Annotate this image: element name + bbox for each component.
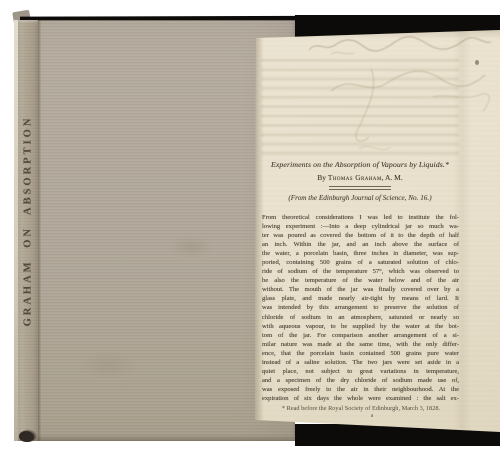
body-line: glass plate, and made nearly air-tight b… bbox=[262, 294, 459, 303]
title-page: Experiments on the Absorption of Vapours… bbox=[255, 29, 500, 432]
body-line: and a specimen of the dry chloride of so… bbox=[262, 376, 459, 385]
printer-signature-mark: a bbox=[367, 413, 377, 419]
body-line: ride of sodium of the temperature 57°, w… bbox=[262, 267, 459, 276]
body-line: was intended by this arrangement to pres… bbox=[262, 303, 459, 312]
book-photo: GRAHAM ON ABSORPTION Experiments on the … bbox=[0, 0, 500, 465]
ink-mark bbox=[475, 60, 479, 65]
spine-hinge-groove bbox=[38, 20, 41, 441]
cover-stain bbox=[78, 350, 138, 380]
body-line: was exposed freely to the air in their n… bbox=[262, 385, 459, 394]
journal-source-line: (From the Edinburgh Journal of Science, … bbox=[261, 194, 459, 202]
body-line: ter was poured as covered the bottom of … bbox=[262, 231, 459, 240]
body-line: ported, containing 500 grains of a satur… bbox=[262, 258, 459, 267]
body-line: an inch. Within the jar, and an inch abo… bbox=[262, 240, 459, 249]
body-line: expiration of six days the whole were ex… bbox=[262, 394, 459, 403]
body-line: tom of the jar. For comparison another a… bbox=[262, 331, 459, 340]
body-line: milar nature was made at the same time, … bbox=[262, 340, 459, 349]
byline-suffix: , A. M. bbox=[382, 173, 403, 182]
body-line: ence, that the porcelain basin contained… bbox=[262, 349, 459, 358]
book-spine: GRAHAM ON ABSORPTION bbox=[14, 20, 41, 441]
byline: By Thomas Graham, A. M. bbox=[261, 173, 459, 182]
article-title: Experiments on the Absorption of Vapours… bbox=[261, 160, 459, 169]
front-cover bbox=[18, 20, 295, 441]
double-rule bbox=[329, 186, 391, 191]
body-line: the water, a porcelain basin, three inch… bbox=[262, 249, 459, 258]
spine-wear-chip bbox=[19, 431, 34, 442]
byline-prefix: By bbox=[317, 173, 328, 182]
article-body: From theoretical considerations I was le… bbox=[262, 213, 459, 403]
body-line: From theoretical considerations I was le… bbox=[262, 213, 459, 222]
body-line: chloride of sodium in an atmosphere, sat… bbox=[262, 313, 459, 322]
page-curve-shading bbox=[453, 29, 471, 432]
body-line: quiet place, not subject to great variat… bbox=[262, 367, 459, 376]
body-line: lowing experiment :—Into a deep cylindri… bbox=[262, 222, 459, 231]
rule-line bbox=[329, 189, 391, 190]
spine-title: GRAHAM ON ABSORPTION bbox=[23, 116, 34, 327]
body-line: instead of a saline solution. The two ja… bbox=[262, 358, 459, 367]
footnote: * Read before the Royal Society of Edinb… bbox=[265, 405, 457, 412]
body-line: without. The mouth of the jar was finall… bbox=[262, 285, 459, 294]
cover-stain bbox=[168, 235, 214, 259]
author-name: Thomas Graham bbox=[328, 173, 382, 182]
body-line: be also the temperature of the water bel… bbox=[262, 276, 459, 285]
rule-line bbox=[329, 186, 391, 187]
body-line: with aqueous vapour, to be supplied by t… bbox=[262, 322, 459, 331]
